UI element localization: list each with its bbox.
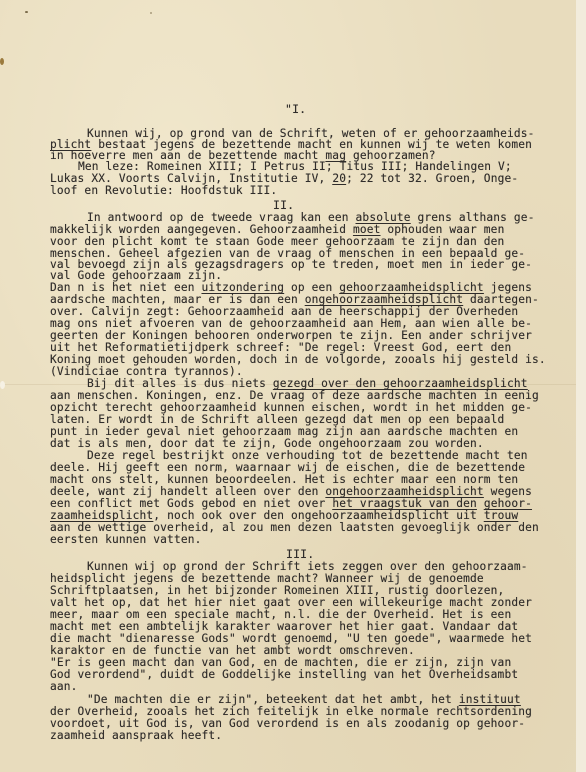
ink-speck [25,11,28,13]
text-line: God verordend", duidt de Goddelijke inst… [50,668,518,681]
stain-mark [0,58,4,65]
section-heading: "I. [285,103,306,116]
text-line: loof en Revolutie: Hoofdstuk III. [50,184,277,197]
underlined-phrase: 20 [332,172,346,185]
punch-hole-mark [0,381,5,389]
text-line: eersten kunnen vatten. [50,533,201,546]
text-line: zaamheid aanspraak heeft. [50,729,222,742]
typewritten-page: "I.II.III.Kunnen wij, op grond van de Sc… [0,0,576,772]
text-line: aan. [50,680,78,693]
paper-edge [576,0,586,772]
ink-speck [150,12,152,14]
